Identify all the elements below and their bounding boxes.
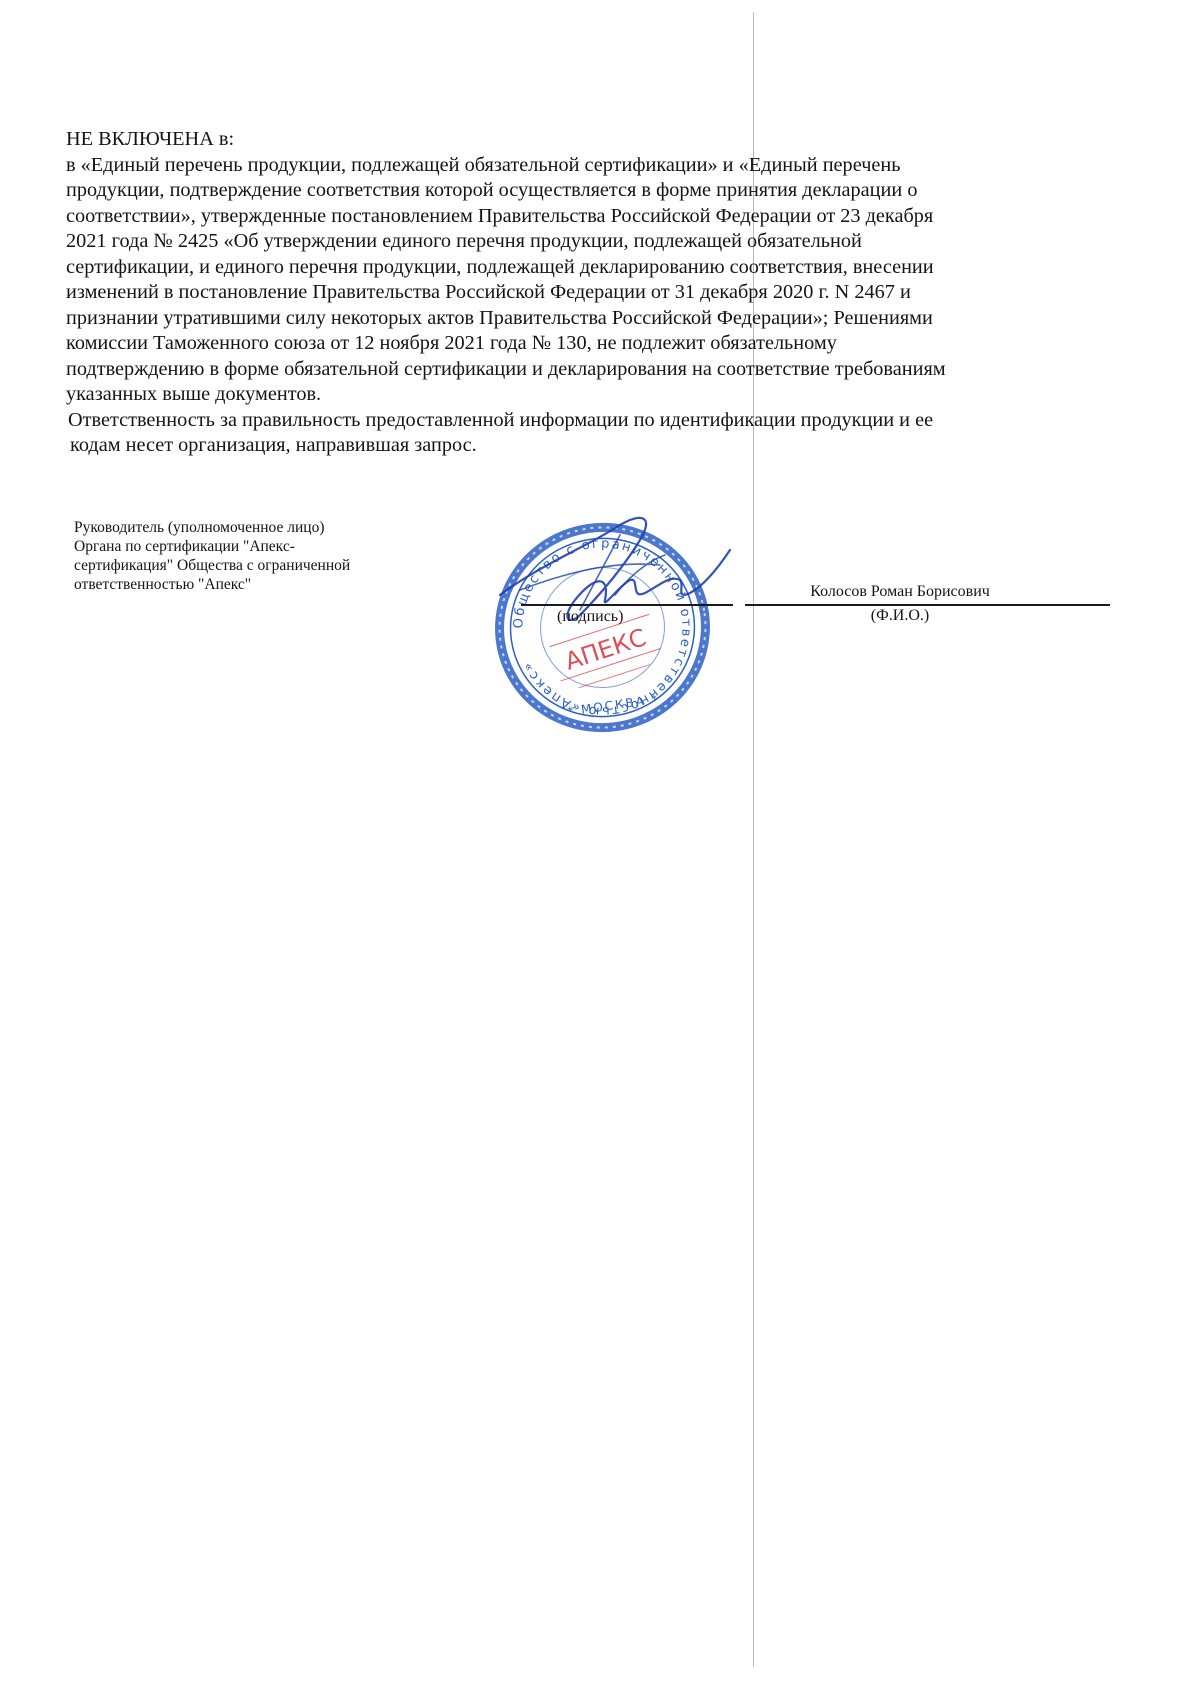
text-line: сертификации, и единого перечня продукци… bbox=[66, 255, 1126, 281]
text-line: соответствии», утвержденные постановлени… bbox=[66, 204, 1126, 230]
signatory-line: ответственностью "Апекс" bbox=[74, 575, 454, 594]
text-line: 2021 года № 2425 «Об утверждении единого… bbox=[66, 229, 1126, 255]
text-line: изменений в постановление Правительства … bbox=[66, 280, 1126, 306]
signatory-position: Руководитель (уполномоченное лицо) Орган… bbox=[74, 518, 454, 594]
paragraph-responsibility: Ответственность за правильность предоста… bbox=[66, 408, 1126, 459]
name-underline bbox=[745, 604, 1110, 606]
text-line: указанных выше документов. bbox=[66, 382, 1126, 408]
signature-underline bbox=[521, 604, 733, 606]
text-line: подтверждению в форме обязательной серти… bbox=[66, 357, 1126, 383]
signatory-line: Органа по сертификации "Апекс- bbox=[74, 537, 454, 556]
text-line: в «Единый перечень продукции, подлежащей… bbox=[66, 153, 1126, 179]
heading-not-included: НЕ ВКЛЮЧЕНА в: bbox=[66, 127, 1126, 153]
paragraph-regulations: в «Единый перечень продукции, подлежащей… bbox=[66, 153, 1126, 408]
text-line: продукции, подтверждение соответствия ко… bbox=[66, 178, 1126, 204]
text-line: комиссии Таможенного союза от 12 ноября … bbox=[66, 331, 1126, 357]
document-body: НЕ ВКЛЮЧЕНА в: в «Единый перечень продук… bbox=[66, 127, 1126, 459]
text-line: Ответственность за правильность предоста… bbox=[68, 408, 1126, 434]
signatory-line: Руководитель (уполномоченное лицо) bbox=[74, 518, 454, 537]
text-line: признании утратившими силу некоторых акт… bbox=[66, 306, 1126, 332]
text-line: кодам несет организация, направившая зап… bbox=[68, 433, 1126, 459]
signatory-line: сертификация" Общества с ограниченной bbox=[74, 556, 454, 575]
signatory-name: Колосов Роман Борисович bbox=[745, 583, 1055, 601]
signature-caption: (подпись) bbox=[557, 608, 623, 626]
name-caption: (Ф.И.О.) bbox=[745, 607, 1055, 625]
